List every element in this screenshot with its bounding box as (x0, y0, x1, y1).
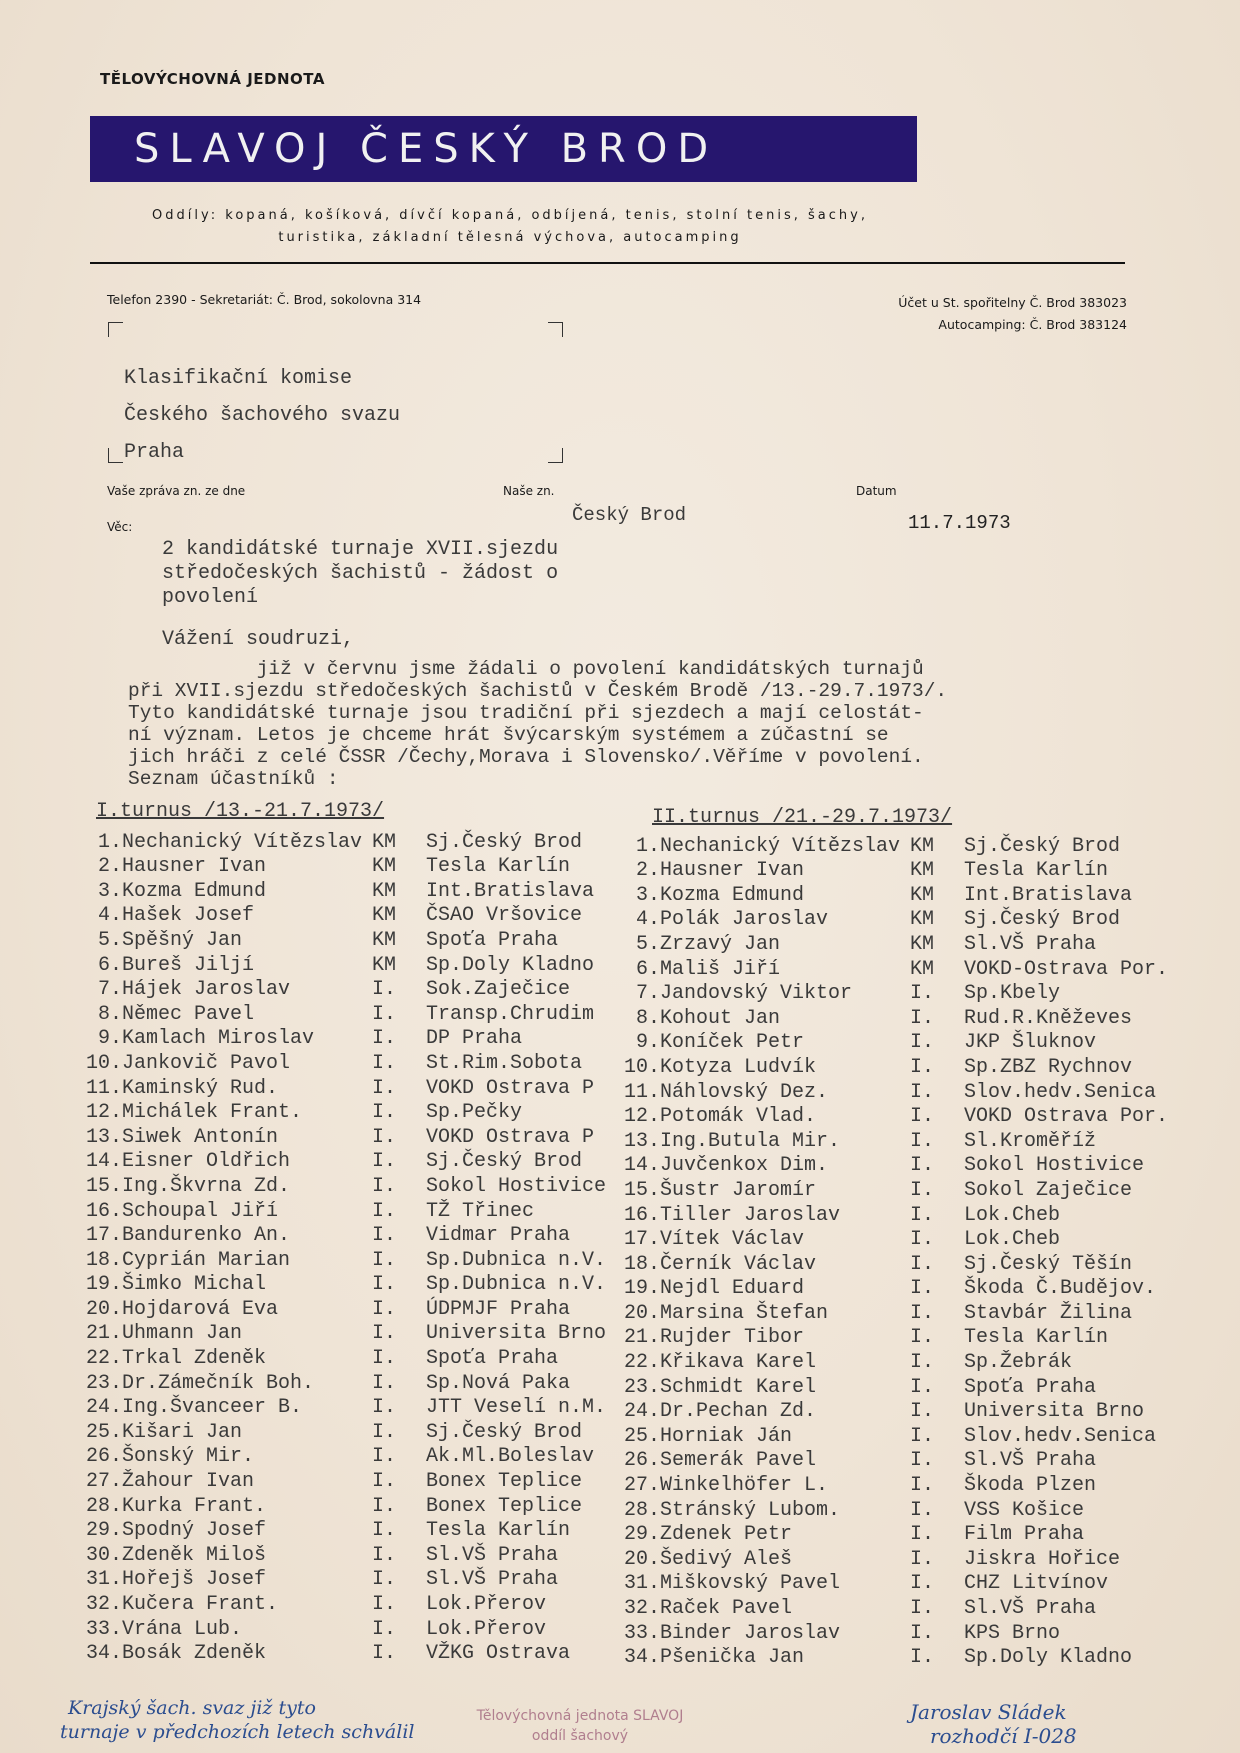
player-name: Uhmann Jan (122, 1322, 372, 1347)
player-name: Semerák Pavel (660, 1449, 910, 1474)
player-row: 13.Siwek AntonínI.VOKD Ostrava P (64, 1126, 606, 1151)
player-number: 15. (612, 1179, 660, 1204)
player-class: I. (910, 1548, 964, 1573)
player-row: 22.Křikava KarelI.Sp.Žebrák (612, 1351, 1168, 1376)
player-number: 14. (612, 1154, 660, 1179)
subject: 2 kandidátské turnaje XVII.sjezdu středo… (162, 538, 558, 610)
player-name: Pšenička Jan (660, 1646, 910, 1671)
player-number: 15. (64, 1175, 122, 1200)
player-club: Lok.Cheb (964, 1228, 1060, 1253)
player-number: 29. (612, 1523, 660, 1548)
player-name: Kaminský Rud. (122, 1077, 372, 1102)
player-number: 10. (64, 1052, 122, 1077)
player-number: 25. (612, 1425, 660, 1450)
player-number: 24. (612, 1400, 660, 1425)
player-row: 21.Uhmann JanI.Universita Brno (64, 1322, 606, 1347)
player-club: Bonex Teplice (426, 1470, 582, 1495)
player-number: 16. (64, 1200, 122, 1225)
player-number: 8. (64, 1003, 122, 1028)
handwritten-note-line-1: Krajský šach. svaz již tyto (60, 1696, 414, 1720)
player-row: 26.Semerák PavelI.Sl.VŠ Praha (612, 1449, 1168, 1474)
player-class: KM (910, 835, 964, 860)
player-name: Hájek Jaroslav (122, 978, 372, 1003)
player-name: Mališ Jiří (660, 958, 910, 983)
player-club: JTT Veselí n.M. (426, 1396, 606, 1421)
player-class: KM (372, 855, 426, 880)
player-row: 15.Šustr JaromírI.Sokol Zaječice (612, 1179, 1168, 1204)
player-name: Kamlach Miroslav (122, 1027, 372, 1052)
player-name: Šustr Jaromír (660, 1179, 910, 1204)
player-club: Škoda Č.Budějov. (964, 1277, 1156, 1302)
player-number: 9. (612, 1031, 660, 1056)
recipient-line-3: Praha (124, 434, 400, 471)
player-number: 12. (612, 1105, 660, 1130)
player-class: I. (372, 1544, 426, 1569)
player-club: Tesla Karlín (964, 859, 1108, 884)
subject-line-2: středočeských šachistů - žádost o (162, 562, 558, 586)
player-name: Nejdl Eduard (660, 1277, 910, 1302)
address-bracket-bl (108, 448, 123, 463)
player-name: Stránský Lubom. (660, 1499, 910, 1524)
player-club: VOKD Ostrava P (426, 1126, 594, 1151)
player-row: 1.Nechanický VítězslavKMSj.Český Brod (64, 831, 606, 856)
player-club: Sl.VŠ Praha (426, 1568, 558, 1593)
player-club: Sl.VŠ Praha (964, 1449, 1096, 1474)
organization-banner: SLAVOJ ČESKÝ BROD (90, 116, 917, 182)
player-name: Dr.Pechan Zd. (660, 1400, 910, 1425)
player-club: VOKD Ostrava P (426, 1077, 594, 1102)
player-row: 27.Winkelhöfer L.I.Škoda Plzen (612, 1474, 1168, 1499)
player-number: 14. (64, 1150, 122, 1175)
player-club: Tesla Karlín (964, 1326, 1108, 1351)
player-name: Horniak Ján (660, 1425, 910, 1450)
handwritten-note: Krajský šach. svaz již tyto turnaje v př… (60, 1696, 414, 1744)
player-number: 34. (612, 1646, 660, 1671)
player-row: 24.Dr.Pechan Zd.I.Universita Brno (612, 1400, 1168, 1425)
player-name: Náhlovský Dez. (660, 1081, 910, 1106)
player-name: Eisner Oldřich (122, 1150, 372, 1175)
recipient-line-1: Klasifikační komise (124, 360, 400, 397)
player-number: 12. (64, 1101, 122, 1126)
player-number: 7. (612, 982, 660, 1007)
player-number: 32. (612, 1597, 660, 1622)
player-class: I. (372, 1249, 426, 1274)
player-name: Spodný Josef (122, 1519, 372, 1544)
player-class: I. (910, 1253, 964, 1278)
player-name: Hausner Ivan (122, 855, 372, 880)
player-name: Schoupal Jiří (122, 1200, 372, 1225)
player-row: 20.Šedivý AlešI.Jiskra Hořice (612, 1548, 1168, 1573)
player-row: 22.Trkal ZdeněkI.Spoťa Praha (64, 1347, 606, 1372)
player-class: KM (372, 880, 426, 905)
player-club: Spoťa Praha (426, 1347, 558, 1372)
player-class: I. (372, 1322, 426, 1347)
recipient-address: Klasifikační komise Českého šachového sv… (124, 360, 400, 471)
player-name: Hašek Josef (122, 904, 372, 929)
player-number: 21. (612, 1326, 660, 1351)
player-name: Kišari Jan (122, 1421, 372, 1446)
player-class: I. (910, 1572, 964, 1597)
player-club: Sp.Doly Kladno (964, 1646, 1132, 1671)
player-row: 25.Kišari JanI.Sj.Český Brod (64, 1421, 606, 1446)
player-row: 5.Spěšný JanKMSpoťa Praha (64, 929, 606, 954)
player-name: Bandurenko An. (122, 1224, 372, 1249)
player-name: Hausner Ivan (660, 859, 910, 884)
player-number: 18. (612, 1253, 660, 1278)
signature-name: Jaroslav Sládek (910, 1700, 1077, 1724)
player-number: 18. (64, 1249, 122, 1274)
player-row: 11.Kaminský Rud.I.VOKD Ostrava P (64, 1077, 606, 1102)
player-row: 19.Šimko MichalI.Sp.Dubnica n.V. (64, 1273, 606, 1298)
player-row: 10.Jankovič PavolI.St.Rim.Sobota (64, 1052, 606, 1077)
player-club: Lok.Přerov (426, 1593, 546, 1618)
player-club: VŽKG Ostrava (426, 1642, 570, 1667)
player-number: 7. (64, 978, 122, 1003)
player-name: Kohout Jan (660, 1007, 910, 1032)
player-class: I. (372, 1519, 426, 1544)
player-row: 4.Hašek JosefKMČSAO Vršovice (64, 904, 606, 929)
player-name: Ing.Škvrna Zd. (122, 1175, 372, 1200)
player-row: 16.Schoupal JiříI.TŽ Třinec (64, 1200, 606, 1225)
player-number: 17. (64, 1224, 122, 1249)
player-row: 24.Ing.Švanceer B.I.JTT Veselí n.M. (64, 1396, 606, 1421)
player-number: 16. (612, 1204, 660, 1229)
player-club: Sp.Kbely (964, 982, 1060, 1007)
player-number: 10. (612, 1056, 660, 1081)
player-club: Lok.Cheb (964, 1204, 1060, 1229)
departments-line-1: Oddíly: kopaná, košíková, dívčí kopaná, … (110, 205, 910, 227)
player-row: 8.Němec PavelI.Transp.Chrudim (64, 1003, 606, 1028)
player-name: Kučera Frant. (122, 1593, 372, 1618)
player-class: I. (910, 1523, 964, 1548)
player-class: I. (372, 1175, 426, 1200)
player-class: I. (910, 1228, 964, 1253)
contact-bank: Účet u St. spořitelny Č. Brod 383023 Aut… (898, 292, 1127, 336)
player-number: 29. (64, 1519, 122, 1544)
player-class: I. (372, 1445, 426, 1470)
player-name: Černík Václav (660, 1253, 910, 1278)
subject-line-1: 2 kandidátské turnaje XVII.sjezdu (162, 538, 558, 562)
player-name: Šonský Mir. (122, 1445, 372, 1470)
player-row: 8.Kohout JanI.Rud.R.Kněževes (612, 1007, 1168, 1032)
player-club: Bonex Teplice (426, 1495, 582, 1520)
player-club: Ak.Ml.Boleslav (426, 1445, 594, 1470)
player-club: Sj.Český Brod (964, 835, 1120, 860)
player-number: 2. (612, 859, 660, 884)
our-ref-label: Naše zn. (503, 484, 555, 498)
player-row: 19.Nejdl EduardI.Škoda Č.Budějov. (612, 1277, 1168, 1302)
player-club: Sp.ZBZ Rychnov (964, 1056, 1132, 1081)
player-number: 3. (612, 884, 660, 909)
player-name: Kozma Edmund (122, 880, 372, 905)
player-name: Winkelhöfer L. (660, 1474, 910, 1499)
player-class: I. (372, 1077, 426, 1102)
player-class: I. (372, 1052, 426, 1077)
player-number: 23. (64, 1372, 122, 1397)
player-number: 9. (64, 1027, 122, 1052)
player-row: 34.Pšenička JanI.Sp.Doly Kladno (612, 1646, 1168, 1671)
player-number: 4. (612, 908, 660, 933)
tournament-1: I.turnus /13.-21.7.1973/ 1.Nechanický Ví… (64, 800, 606, 1667)
player-class: I. (372, 1150, 426, 1175)
player-class: I. (910, 1376, 964, 1401)
player-club: Sp.Nová Paka (426, 1372, 570, 1397)
address-bracket-tl (108, 322, 123, 337)
player-number: 34. (64, 1642, 122, 1667)
player-row: 29.Zdenek PetrI.Film Praha (612, 1523, 1168, 1548)
player-number: 6. (64, 954, 122, 979)
handwritten-note-line-2: turnaje v předchozích letech schválil (60, 1720, 414, 1744)
player-class: I. (372, 1027, 426, 1052)
player-class: KM (372, 929, 426, 954)
player-name: Bosák Zdeněk (122, 1642, 372, 1667)
player-row: 32.Kučera Frant.I.Lok.Přerov (64, 1593, 606, 1618)
player-class: I. (910, 1597, 964, 1622)
player-club: Sp.Dubnica n.V. (426, 1273, 606, 1298)
player-class: I. (372, 1495, 426, 1520)
player-row: 14.Juvčenkox Dim.I.Sokol Hostivice (612, 1154, 1168, 1179)
player-name: Miškovský Pavel (660, 1572, 910, 1597)
player-class: KM (910, 859, 964, 884)
player-class: I. (372, 978, 426, 1003)
player-row: 14.Eisner OldřichI.Sj.Český Brod (64, 1150, 606, 1175)
player-name: Polák Jaroslav (660, 908, 910, 933)
player-name: Siwek Antonín (122, 1126, 372, 1151)
player-class: I. (910, 1449, 964, 1474)
player-club: Sok.Zaječice (426, 978, 570, 1003)
player-row: 28.Stránský Lubom.I.VSS Košice (612, 1499, 1168, 1524)
player-class: I. (910, 1326, 964, 1351)
player-row: 15.Ing.Škvrna Zd.I.Sokol Hostivice (64, 1175, 606, 1200)
player-row: 12.Potomák Vlad.I.VOKD Ostrava Por. (612, 1105, 1168, 1130)
stamp-line-2: oddíl šachový (420, 1726, 740, 1746)
player-class: I. (372, 1372, 426, 1397)
player-class: I. (372, 1003, 426, 1028)
player-class: I. (372, 1421, 426, 1446)
player-row: 30.Zdeněk MilošI.Sl.VŠ Praha (64, 1544, 606, 1569)
player-row: 2.Hausner IvanKMTesla Karlín (64, 855, 606, 880)
signature: Jaroslav Sládek rozhodčí I-028 (910, 1700, 1077, 1748)
player-row: 12.Michálek Frant.I.Sp.Pečky (64, 1101, 606, 1126)
player-club: CHZ Litvínov (964, 1572, 1108, 1597)
player-class: I. (372, 1642, 426, 1667)
date-value: 11.7.1973 (908, 512, 1011, 534)
player-number: 32. (64, 1593, 122, 1618)
player-name: Zdeněk Miloš (122, 1544, 372, 1569)
player-number: 23. (612, 1376, 660, 1401)
contact-phone-secretariat: Telefon 2390 - Sekretariát: Č. Brod, sok… (107, 292, 421, 307)
place: Český Brod (572, 504, 686, 526)
player-club: Sj.Český Brod (426, 1150, 582, 1175)
player-class: I. (910, 1130, 964, 1155)
player-class: I. (910, 982, 964, 1007)
player-name: Bureš Jiljí (122, 954, 372, 979)
player-name: Nechanický Vítězslav (660, 835, 910, 860)
bank-account: Účet u St. spořitelny Č. Brod 383023 (898, 292, 1127, 314)
player-class: I. (372, 1470, 426, 1495)
player-row: 9.Koníček PetrI.JKP Šluknov (612, 1031, 1168, 1056)
player-class: I. (372, 1298, 426, 1323)
player-class: I. (910, 1474, 964, 1499)
player-name: Kotyza Ludvík (660, 1056, 910, 1081)
player-number: 11. (64, 1077, 122, 1102)
player-row: 23.Dr.Zámečník Boh.I.Sp.Nová Paka (64, 1372, 606, 1397)
player-club: Transp.Chrudim (426, 1003, 594, 1028)
player-class: I. (910, 1499, 964, 1524)
player-class: I. (372, 1101, 426, 1126)
player-name: Šedivý Aleš (660, 1548, 910, 1573)
player-class: I. (910, 1007, 964, 1032)
player-number: 27. (64, 1470, 122, 1495)
player-row: 7.Hájek JaroslavI.Sok.Zaječice (64, 978, 606, 1003)
player-class: I. (372, 1200, 426, 1225)
player-name: Šimko Michal (122, 1273, 372, 1298)
player-club: Slov.hedv.Senica (964, 1425, 1156, 1450)
player-club: Škoda Plzen (964, 1474, 1096, 1499)
player-name: Ing.Švanceer B. (122, 1396, 372, 1421)
player-club: Sokol Hostivice (964, 1154, 1144, 1179)
player-class: KM (910, 958, 964, 983)
player-club: VOKD-Ostrava Por. (964, 958, 1168, 983)
player-class: I. (372, 1273, 426, 1298)
player-club: ČSAO Vršovice (426, 904, 582, 929)
player-name: Žahour Ivan (122, 1470, 372, 1495)
player-name: Binder Jaroslav (660, 1622, 910, 1647)
player-row: 7.Jandovský ViktorI.Sp.Kbely (612, 982, 1168, 1007)
player-class: I. (372, 1126, 426, 1151)
player-name: Dr.Zámečník Boh. (122, 1372, 372, 1397)
player-class: I. (910, 1204, 964, 1229)
player-number: 1. (64, 831, 122, 856)
player-number: 13. (64, 1126, 122, 1151)
player-number: 25. (64, 1421, 122, 1446)
player-row: 10.Kotyza LudvíkI.Sp.ZBZ Rychnov (612, 1056, 1168, 1081)
player-name: Cyprián Marian (122, 1249, 372, 1274)
player-club: Tesla Karlín (426, 855, 570, 880)
tournament-2-header: II.turnus /21.-29.7.1973/ (612, 806, 1168, 831)
organization-name: SLAVOJ ČESKÝ BROD (90, 126, 718, 172)
player-name: Rujder Tibor (660, 1326, 910, 1351)
signature-title: rozhodčí I-028 (910, 1724, 1077, 1748)
your-ref-label: Vaše zpráva zn. ze dne (107, 484, 245, 498)
player-number: 22. (64, 1347, 122, 1372)
player-name: Hojdarová Eva (122, 1298, 372, 1323)
player-row: 34.Bosák ZdeněkI.VŽKG Ostrava (64, 1642, 606, 1667)
player-number: 26. (612, 1449, 660, 1474)
subject-label: Věc: (107, 520, 132, 534)
player-club: TŽ Třinec (426, 1200, 534, 1225)
player-name: Hořejš Josef (122, 1568, 372, 1593)
player-club: Sj.Český Brod (426, 831, 582, 856)
player-club: Int.Bratislava (426, 880, 594, 905)
player-club: VOKD Ostrava Por. (964, 1105, 1168, 1130)
player-row: 20.Marsina ŠtefanI.Stavbár Žilina (612, 1302, 1168, 1327)
player-club: Sj.Český Brod (964, 908, 1120, 933)
player-class: I. (910, 1105, 964, 1130)
player-club: Sokol Zaječice (964, 1179, 1132, 1204)
player-club: Spoťa Praha (964, 1376, 1096, 1401)
player-number: 31. (64, 1568, 122, 1593)
player-class: I. (910, 1081, 964, 1106)
player-row: 1.Nechanický VítězslavKMSj.Český Brod (612, 835, 1168, 860)
player-number: 20. (612, 1302, 660, 1327)
player-club: Sl.Kroměříž (964, 1130, 1096, 1155)
player-class: I. (372, 1396, 426, 1421)
player-row: 16.Tiller JaroslavI.Lok.Cheb (612, 1204, 1168, 1229)
player-row: 11.Náhlovský Dez.I.Slov.hedv.Senica (612, 1081, 1168, 1106)
player-name: Marsina Štefan (660, 1302, 910, 1327)
player-name: Potomák Vlad. (660, 1105, 910, 1130)
player-class: I. (910, 1031, 964, 1056)
player-row: 26.Šonský Mir.I.Ak.Ml.Boleslav (64, 1445, 606, 1470)
player-class: I. (910, 1179, 964, 1204)
player-row: 9.Kamlach MiroslavI.DP Praha (64, 1027, 606, 1052)
player-row: 32.Raček PavelI.Sl.VŠ Praha (612, 1597, 1168, 1622)
player-number: 17. (612, 1228, 660, 1253)
player-club: Sl.VŠ Praha (964, 1597, 1096, 1622)
player-club: DP Praha (426, 1027, 522, 1052)
player-name: Trkal Zdeněk (122, 1347, 372, 1372)
recipient-line-2: Českého šachového svazu (124, 397, 400, 434)
player-number: 5. (612, 933, 660, 958)
player-number: 31. (612, 1572, 660, 1597)
player-number: 20. (612, 1548, 660, 1573)
player-row: 25.Horniak JánI.Slov.hedv.Senica (612, 1425, 1168, 1450)
player-club: Sp.Doly Kladno (426, 954, 594, 979)
player-club: KPS Brno (964, 1622, 1060, 1647)
player-row: 20.Hojdarová EvaI.ÚDPMJF Praha (64, 1298, 606, 1323)
player-name: Jandovský Viktor (660, 982, 910, 1007)
player-club: VSS Košice (964, 1499, 1084, 1524)
player-row: 29.Spodný JosefI.Tesla Karlín (64, 1519, 606, 1544)
player-number: 30. (64, 1544, 122, 1569)
player-class: I. (372, 1347, 426, 1372)
player-class: I. (910, 1277, 964, 1302)
player-class: I. (372, 1618, 426, 1643)
player-name: Schmidt Karel (660, 1376, 910, 1401)
player-class: I. (372, 1568, 426, 1593)
player-name: Tiller Jaroslav (660, 1204, 910, 1229)
player-name: Juvčenkox Dim. (660, 1154, 910, 1179)
player-name: Kozma Edmund (660, 884, 910, 909)
player-club: Sj.Český Těšín (964, 1253, 1132, 1278)
player-row: 31.Miškovský PavelI.CHZ Litvínov (612, 1572, 1168, 1597)
player-number: 24. (64, 1396, 122, 1421)
player-club: Sp.Dubnica n.V. (426, 1249, 606, 1274)
player-row: 3.Kozma EdmundKMInt.Bratislava (64, 880, 606, 905)
departments-line-2: turistika, základní tělesná výchova, aut… (110, 227, 910, 249)
player-number: 21. (64, 1322, 122, 1347)
player-class: I. (910, 1154, 964, 1179)
player-club: Film Praha (964, 1523, 1084, 1548)
player-class: I. (910, 1056, 964, 1081)
address-bracket-br (548, 448, 563, 463)
player-club: St.Rim.Sobota (426, 1052, 582, 1077)
player-number: 1. (612, 835, 660, 860)
player-number: 11. (612, 1081, 660, 1106)
player-row: 18.Černík VáclavI.Sj.Český Těšín (612, 1253, 1168, 1278)
player-club: Sl.VŠ Praha (964, 933, 1096, 958)
player-row: 21.Rujder TiborI.Tesla Karlín (612, 1326, 1168, 1351)
player-name: Zdenek Petr (660, 1523, 910, 1548)
player-club: ÚDPMJF Praha (426, 1298, 570, 1323)
player-number: 8. (612, 1007, 660, 1032)
player-class: I. (372, 1224, 426, 1249)
player-club: Universita Brno (426, 1322, 606, 1347)
player-name: Nechanický Vítězslav (122, 831, 372, 856)
player-name: Vrána Lub. (122, 1618, 372, 1643)
player-row: 18.Cyprián MarianI.Sp.Dubnica n.V. (64, 1249, 606, 1274)
